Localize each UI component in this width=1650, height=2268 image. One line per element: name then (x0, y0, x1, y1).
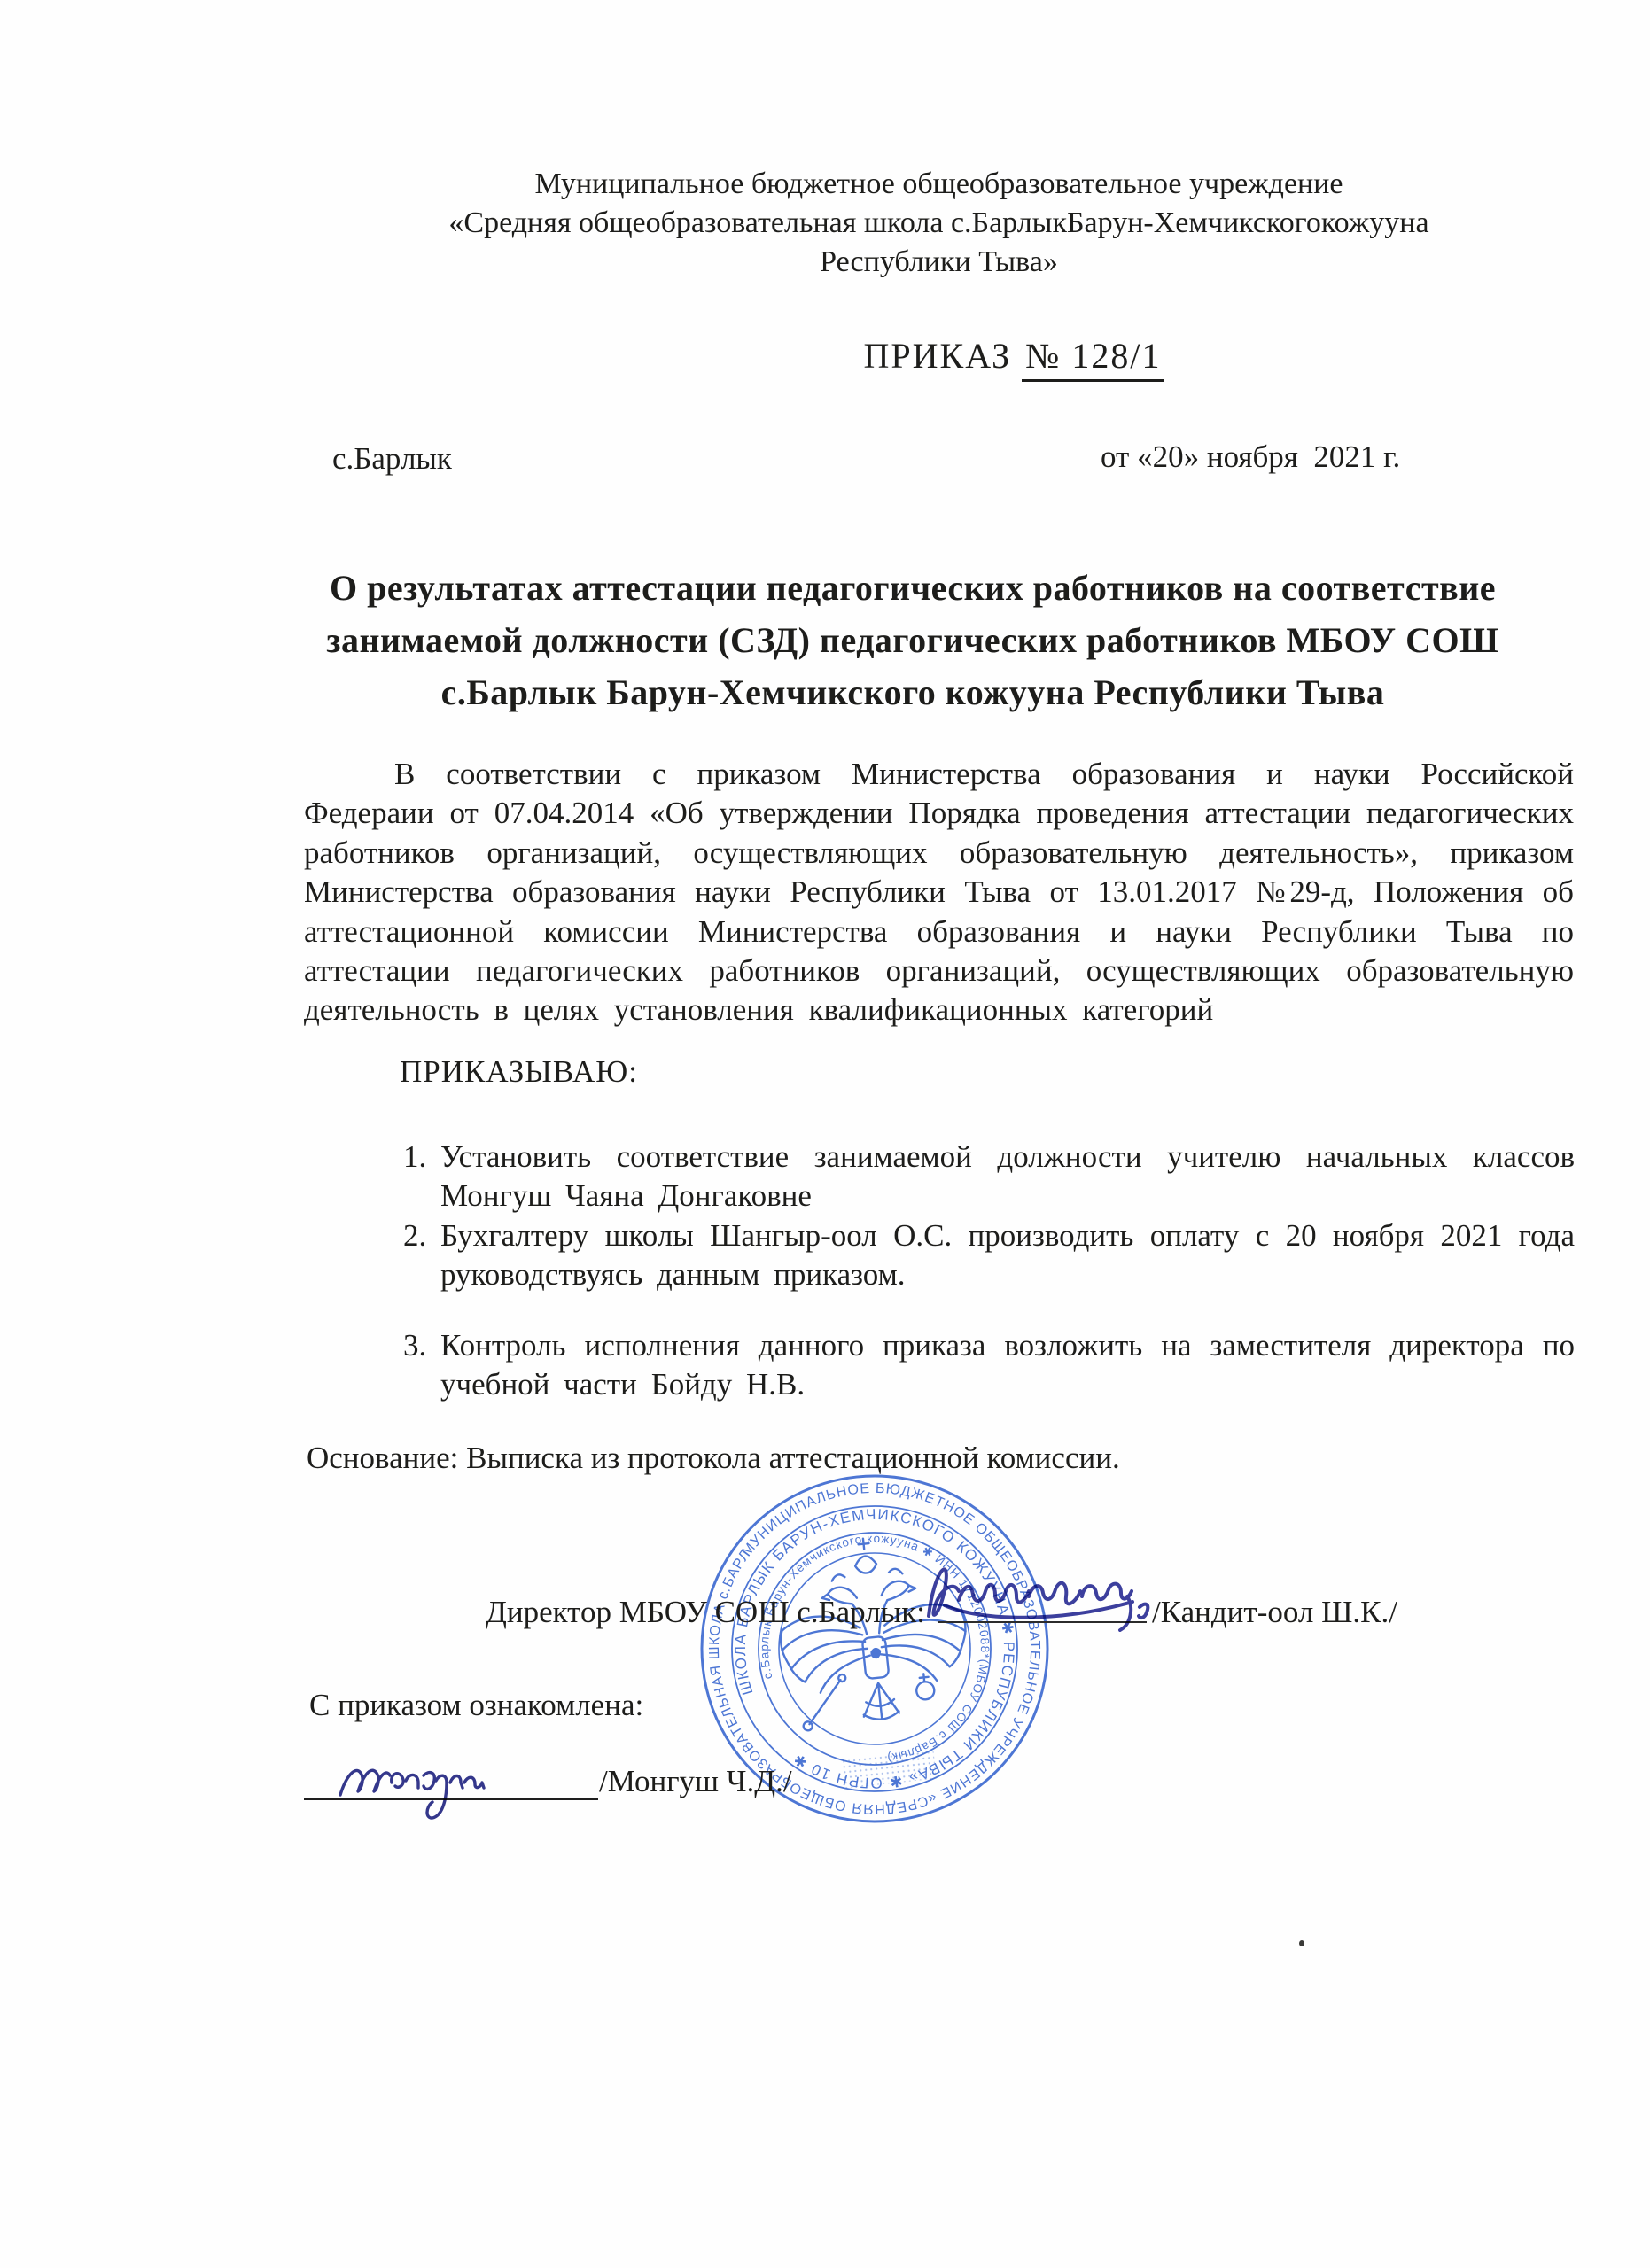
order-item-3-number: 3. (403, 1326, 440, 1365)
scan-artifact-dot (1299, 1940, 1304, 1946)
director-signature-ink (918, 1543, 1157, 1650)
order-item-2-text: Бухгалтеру школы Шангыр-оол О.С. произво… (440, 1216, 1575, 1295)
place-label: с.Барлык (332, 441, 452, 477)
order-item-2: 2. Бухгалтеру школы Шангыр-оол О.С. прои… (403, 1216, 1575, 1295)
order-item-1-text: Установить соответствие занимаемой должн… (440, 1138, 1575, 1216)
order-item-1: 1. Установить соответствие занимаемой до… (403, 1138, 1575, 1216)
org-header-line-1: Муниципальное бюджетное общеобразователь… (304, 165, 1574, 204)
org-header: Муниципальное бюджетное общеобразователь… (304, 165, 1574, 282)
order-word: ПРИКАЗ (864, 336, 1012, 376)
director-name: /Кандит-оол Ш.К./ (1152, 1595, 1397, 1630)
org-header-line-3: Республики Тыва» (304, 243, 1574, 282)
document-title-line-2: занимаемой должности (СЗД) педагогически… (266, 614, 1560, 666)
order-item-3-text: Контроль исполнения данного приказа возл… (440, 1326, 1575, 1405)
order-number: № 128/1 (1022, 335, 1164, 382)
order-item-1-number: 1. (403, 1138, 440, 1177)
resolve-word: ПРИКАЗЫВАЮ: (400, 1054, 638, 1090)
intro-paragraph: В соответствии с приказом Министерства о… (304, 755, 1574, 1030)
acquainted-signature-ink (335, 1736, 525, 1834)
order-item-3: 3. Контроль исполнения данного приказа в… (403, 1326, 1575, 1405)
order-item-2-number: 2. (403, 1216, 440, 1255)
order-heading: ПРИКАЗ № 128/1 (379, 335, 1649, 382)
document-title-line-1: О результатах аттестации педагогических … (266, 562, 1560, 614)
director-label: Директор МБОУ СОШ с.Барлык: (486, 1595, 925, 1630)
document-title-line-3: с.Барлык Барун-Хемчикского кожууна Респу… (266, 666, 1560, 718)
date-label: от «20» ноября 2021 г. (1101, 439, 1400, 475)
scanned-order-document: Муниципальное бюджетное общеобразователь… (0, 0, 1650, 2268)
org-header-line-2: «Средняя общеобразовательная школа с.Бар… (304, 204, 1574, 243)
order-item-list: 1. Установить соответствие занимаемой до… (403, 1138, 1575, 1404)
acquainted-label: С приказом ознакомлена: (309, 1688, 643, 1723)
document-title: О результатах аттестации педагогических … (266, 562, 1560, 718)
acquainted-name: /Монгуш Ч.Д./ (599, 1764, 792, 1799)
